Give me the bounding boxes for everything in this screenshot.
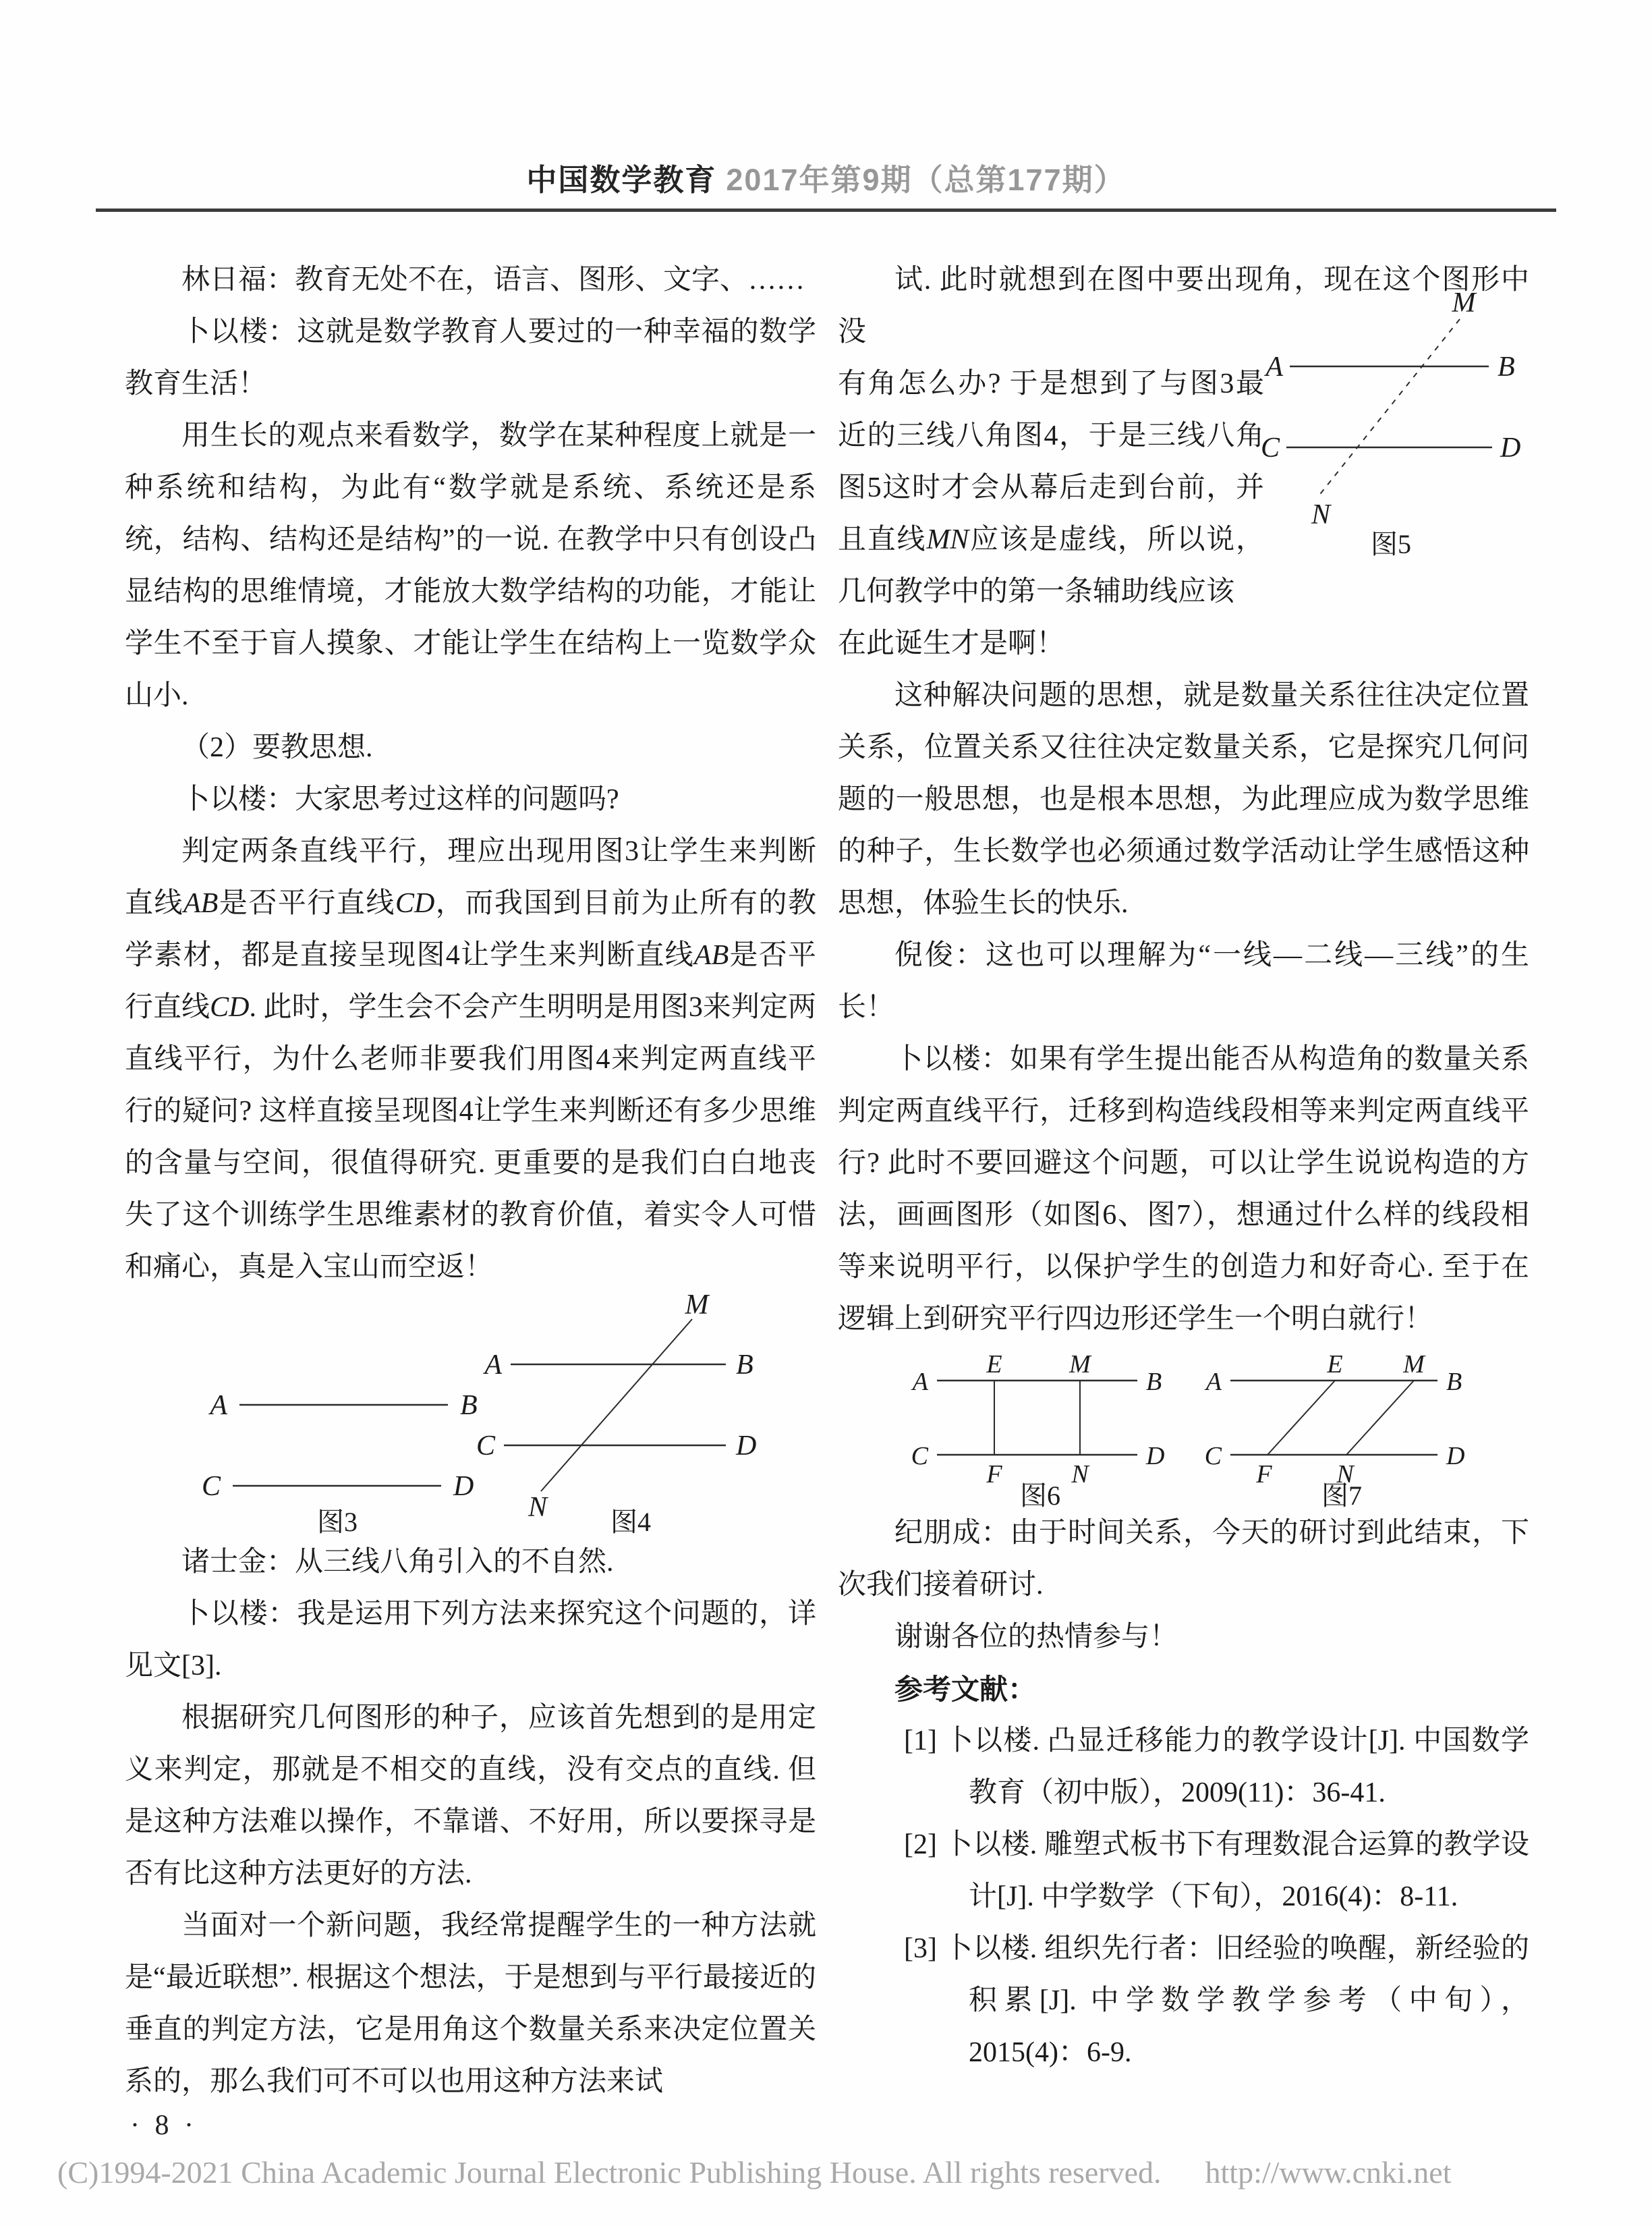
paragraph: 根据研究几何图形的种子，应该首先想到的是用定义来判定，那就是不相交的直线，没有交… — [125, 1692, 816, 1900]
issue-info: 2017年第9期（总第177期） — [726, 163, 1125, 197]
point-label-B: B — [1446, 1368, 1462, 1396]
figure-3-and-4: A B C D 图3 M N A B C D 图4 — [125, 1293, 816, 1536]
point-label-C: C — [911, 1442, 929, 1470]
reference-item: [2] 卜以楼. 雕塑式板书下有理数混合运算的教学设计[J]. 中学数学（下旬）… — [838, 1819, 1529, 1923]
point-label-C: C — [1205, 1442, 1222, 1470]
paragraph: 当面对一个新问题，我经常提醒学生的一种方法就是“最近联想”. 根据这个想法，于是… — [125, 1900, 816, 2108]
figure-7: E M F N A B C D 图7 — [1204, 1350, 1465, 1507]
page-header: 中国数学教育2017年第9期（总第177期） — [0, 155, 1652, 199]
point-label-M: M — [685, 1293, 710, 1320]
paragraph: 纪朋成：由于时间关系，今天的研讨到此结束，下次我们接着研讨. — [838, 1507, 1529, 1611]
point-label-D: D — [735, 1430, 756, 1462]
point-label-D: D — [1446, 1442, 1464, 1470]
point-label-M: M — [1402, 1350, 1426, 1379]
copyright-text: (C)1994-2021 China Academic Journal Elec… — [57, 2155, 1162, 2190]
transversal-MN — [541, 1319, 692, 1491]
point-label-A: A — [1204, 1368, 1222, 1396]
page-number: · 8 · — [130, 2109, 198, 2142]
footer-url: http://www.cnki.net — [1205, 2155, 1452, 2190]
paragraph: 谢谢各位的热情参与！ — [838, 1611, 1529, 1663]
point-label-A: A — [911, 1368, 929, 1396]
point-label-C: C — [202, 1471, 221, 1502]
paragraph: 卜以楼：我是运用下列方法来探究这个问题的，详见文[3]. — [125, 1588, 816, 1692]
point-label-E: E — [1326, 1350, 1342, 1379]
paragraph: （2）要教思想. — [125, 722, 816, 774]
point-label-C: C — [476, 1430, 496, 1462]
point-label-F: F — [1255, 1460, 1272, 1488]
paragraph: 卜以楼：如果有学生提出能否从构造角的数量关系判定两直线平行，迁移到构造线段相等来… — [838, 1034, 1529, 1345]
point-label-A: A — [1263, 352, 1283, 383]
point-label-D: D — [1145, 1442, 1164, 1470]
figure-6-caption: 图6 — [1020, 1480, 1060, 1507]
segment-MN — [1346, 1381, 1414, 1455]
left-column: 林日福：教育无处不在，语言、图形、文字、…… 卜以楼：这就是数学教育人要过的一种… — [125, 254, 816, 2108]
journal-title: 中国数学教育 — [526, 163, 716, 197]
point-label-B: B — [460, 1390, 478, 1421]
figure-4-caption: 图4 — [610, 1507, 651, 1536]
text-wrap-beside-figure-5: 有角怎么办? 于是想到了与图3最近的三线八角图4，于是三线八角图5这时才会从幕后… — [838, 358, 1264, 618]
paragraph: 诸士金：从三线八角引入的不自然. — [125, 1536, 816, 1588]
paragraph: 用生长的观点来看数学，数学在某种程度上就是一种系统和结构，为此有“数学就是系统、… — [125, 410, 816, 722]
point-label-C: C — [1261, 433, 1280, 464]
reference-item: [3] 卜以楼. 组织先行者：旧经验的唤醒，新经验的积累[J]. 中学数学教学参… — [838, 1923, 1529, 2079]
dashed-transversal-MN — [1318, 319, 1460, 497]
journal-page: 中国数学教育2017年第9期（总第177期） 林日福：教育无处不在，语言、图形、… — [0, 0, 1652, 2226]
paragraph: 这种解决问题的思想，就是数量关系往往决定位置关系，位置关系又往往决定数量关系，它… — [838, 670, 1529, 930]
figure-3: A B C D 图3 — [202, 1390, 478, 1536]
figure-5-caption: 图5 — [1371, 529, 1411, 559]
figure-5: M N A B C D 图5 — [1256, 289, 1529, 559]
point-label-D: D — [1500, 433, 1520, 464]
point-label-N: N — [1071, 1460, 1090, 1488]
figure-4: M N A B C D 图4 — [476, 1293, 756, 1536]
paragraph: 在此诞生才是啊！ — [838, 618, 1529, 670]
point-label-A: A — [208, 1390, 227, 1421]
point-label-D: D — [453, 1471, 474, 1502]
paragraph: 判定两条直线平行，理应出现用图3让学生来判断直线AB是否平行直线CD，而我国到目… — [125, 826, 816, 1293]
paragraph: 卜以楼：这就是数学教育人要过的一种幸福的数学教育生活！ — [125, 306, 816, 410]
point-label-N: N — [1311, 499, 1332, 530]
point-label-M: M — [1452, 289, 1477, 318]
references-heading: 参考文献： — [838, 1663, 1529, 1715]
paragraph: 有角怎么办? 于是想到了与图3最近的三线八角图4，于是三线八角图5这时才会从幕后… — [838, 358, 1264, 618]
paragraph: 倪俊：这也可以理解为“一线—二线—三线”的生长！ — [838, 930, 1529, 1034]
point-label-M: M — [1069, 1350, 1092, 1379]
segment-EF — [1268, 1381, 1335, 1455]
paragraph: 林日福：教育无处不在，语言、图形、文字、…… — [125, 254, 816, 306]
header-divider — [96, 208, 1556, 212]
figure-7-caption: 图7 — [1321, 1480, 1362, 1507]
point-label-B: B — [1498, 352, 1515, 383]
figure-6: E M F N A B C D 图6 — [911, 1350, 1165, 1507]
point-label-F: F — [986, 1460, 1002, 1488]
point-label-B: B — [1146, 1368, 1162, 1396]
figure-5-drawing: M N A B C D 图5 — [1256, 289, 1529, 559]
point-label-N: N — [528, 1492, 548, 1523]
point-label-E: E — [986, 1350, 1002, 1379]
reference-item: [1] 卜以楼. 凸显迁移能力的教学设计[J]. 中国数学教育（初中版），200… — [838, 1715, 1529, 1819]
figure-6-and-7: E M F N A B C D 图6 E M F N A B — [838, 1345, 1529, 1507]
footer: (C)1994-2021 China Academic Journal Elec… — [57, 2154, 1609, 2190]
figure-3-caption: 图3 — [317, 1507, 358, 1536]
paragraph: 卜以楼：大家思考过这样的问题吗? — [125, 774, 816, 826]
point-label-A: A — [482, 1349, 502, 1381]
point-label-B: B — [736, 1349, 753, 1381]
